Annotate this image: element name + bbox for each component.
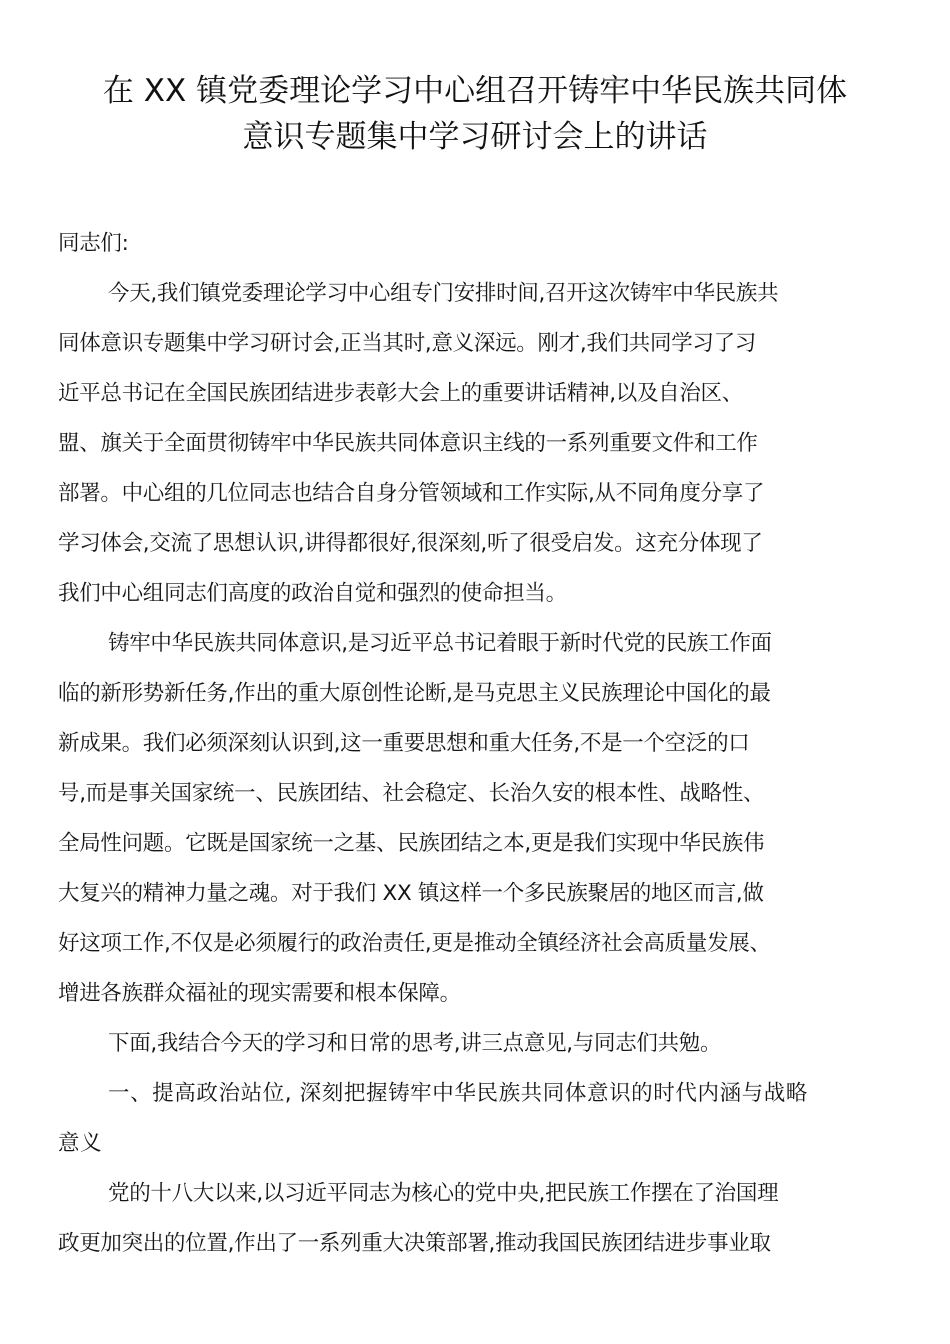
paragraph-line: 部署。中心组的几位同志也结合自身分管领域和工作实际,从不同角度分享了 [58,469,898,519]
paragraph-line: 新成果。我们必须深刻认识到,这一重要思想和重大任务,不是一个空泛的口 [58,719,898,769]
document-body: 同志们: 今天,我们镇党委理论学习中心组专门安排时间,召开这次铸牢中华民族共 同… [58,219,898,1269]
paragraph-line: 增进各族群众福祉的现实需要和根本保障。 [58,969,898,1019]
document-page: 在 XX 镇党委理论学习中心组召开铸牢中华民族共同体 意识专题集中学习研讨会上的… [0,0,950,1344]
paragraph-line: 近平总书记在全国民族团结进步表彰大会上的重要讲话精神,以及自治区、 [58,369,898,419]
section-heading-1: 一、提高政治站位, 深刻把握铸牢中华民族共同体意识的时代内涵与战略 意义 [58,1069,898,1169]
paragraph-line: 临的新形势新任务,作出的重大原创性论断,是马克思主义民族理论中国化的最 [58,669,898,719]
section-heading-line: 一、提高政治站位, 深刻把握铸牢中华民族共同体意识的时代内涵与战略 [58,1069,898,1119]
paragraph-opening: 今天,我们镇党委理论学习中心组专门安排时间,召开这次铸牢中华民族共 同体意识专题… [58,269,898,619]
paragraph-line: 学习体会,交流了思想认识,讲得都很好,很深刻,听了很受启发。这充分体现了 [58,519,898,569]
paragraph-line: 盟、旗关于全面贯彻铸牢中华民族共同体意识主线的一系列重要文件和工作 [58,419,898,469]
paragraph-section-1-body: 党的十八大以来,以习近平同志为核心的党中央,把民族工作摆在了治国理 政更加突出的… [58,1169,898,1269]
paragraph-line: 大复兴的精神力量之魂。对于我们 XX 镇这样一个多民族聚居的地区而言,做 [58,869,898,919]
title-line-1: 在 XX 镇党委理论学习中心组召开铸牢中华民族共同体 [40,68,910,114]
paragraph-line: 同体意识专题集中学习研讨会,正当其时,意义深远。刚才,我们共同学习了习 [58,319,898,369]
paragraph-line: 下面,我结合今天的学习和日常的思考,讲三点意见,与同志们共勉。 [58,1019,898,1069]
document-title: 在 XX 镇党委理论学习中心组召开铸牢中华民族共同体 意识专题集中学习研讨会上的… [40,68,910,160]
paragraph-line: 党的十八大以来,以习近平同志为核心的党中央,把民族工作摆在了治国理 [58,1169,898,1219]
paragraph-significance: 铸牢中华民族共同体意识,是习近平总书记着眼于新时代党的民族工作面 临的新形势新任… [58,619,898,1019]
paragraph-line: 我们中心组同志们高度的政治自觉和强烈的使命担当。 [58,569,898,619]
paragraph-line: 号,而是事关国家统一、民族团结、社会稳定、长治久安的根本性、战略性、 [58,769,898,819]
paragraph-transition: 下面,我结合今天的学习和日常的思考,讲三点意见,与同志们共勉。 [58,1019,898,1069]
section-heading-line: 意义 [58,1119,898,1169]
paragraph-line: 今天,我们镇党委理论学习中心组专门安排时间,召开这次铸牢中华民族共 [58,269,898,319]
paragraph-line: 铸牢中华民族共同体意识,是习近平总书记着眼于新时代党的民族工作面 [58,619,898,669]
title-line-2: 意识专题集中学习研讨会上的讲话 [40,114,910,160]
salutation: 同志们: [58,219,898,269]
paragraph-line: 全局性问题。它既是国家统一之基、民族团结之本,更是我们实现中华民族伟 [58,819,898,869]
paragraph-line: 好这项工作,不仅是必须履行的政治责任,更是推动全镇经济社会高质量发展、 [58,919,898,969]
paragraph-line: 政更加突出的位置,作出了一系列重大决策部署,推动我国民族团结进步事业取 [58,1219,898,1269]
